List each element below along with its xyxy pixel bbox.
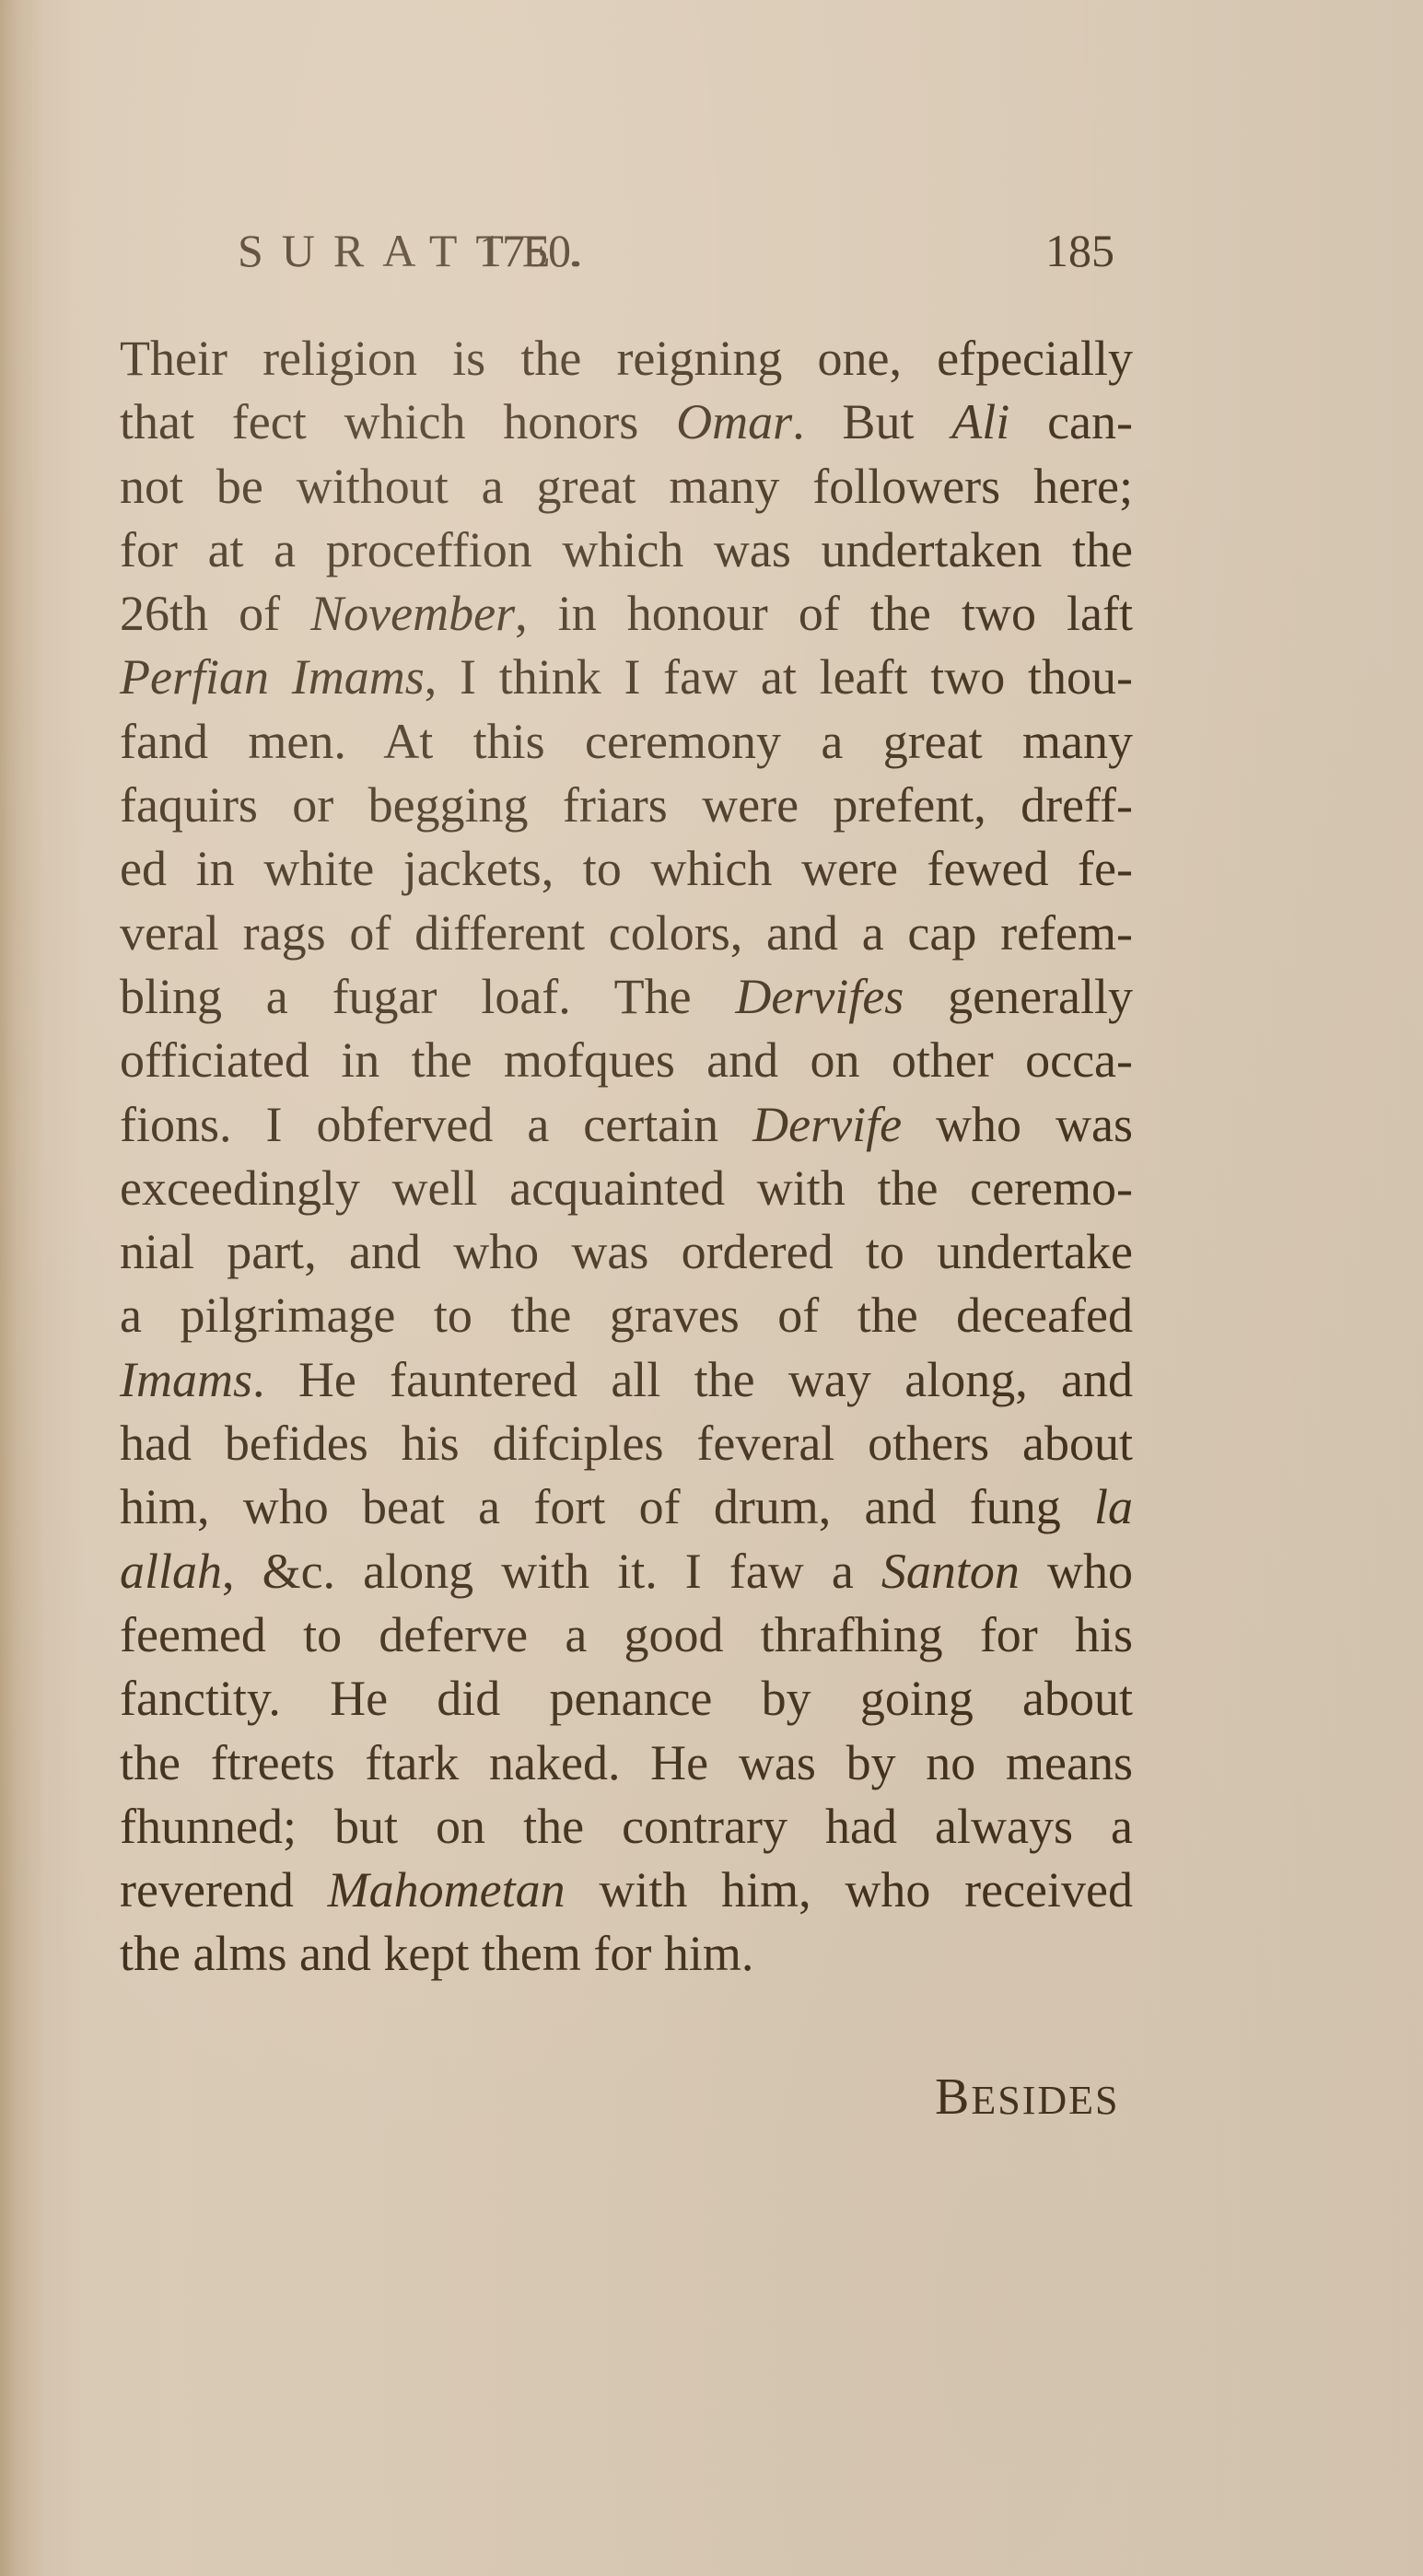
running-head: SURATTE. 1750. 185 xyxy=(0,214,1423,287)
text-line: that fect which honors Omar. But Ali can… xyxy=(120,390,1133,454)
text-line: ed in white jackets, to which were fewed… xyxy=(120,837,1133,901)
text-segment: fions. I obferved a certain xyxy=(120,1097,752,1152)
text-segment: 26th of xyxy=(120,586,310,641)
text-segment: feemed to deferve a good thrafhing for h… xyxy=(120,1607,1133,1662)
text-line: fhunned; but on the contrary had always … xyxy=(120,1795,1133,1859)
text-line: reverend Mahometan with him, who receive… xyxy=(120,1859,1133,1922)
book-page: SURATTE. 1750. 185 Their religion is the… xyxy=(0,0,1423,2576)
text-line: him, who beat a fort of drum, and fung l… xyxy=(120,1475,1133,1539)
text-segment: had befides his difciples feveral others… xyxy=(120,1416,1133,1471)
text-segment: can- xyxy=(1009,394,1133,449)
text-line: not be without a great many followers he… xyxy=(120,455,1133,519)
italic-term: Santon xyxy=(881,1544,1020,1599)
italic-term: allah xyxy=(120,1544,222,1599)
italic-term: Perfian Imams xyxy=(120,649,425,705)
text-line: Imams. He fauntered all the way along, a… xyxy=(120,1348,1133,1412)
text-segment: . But xyxy=(792,394,951,449)
text-segment: Their religion is the reigning one, efpe… xyxy=(120,331,1133,386)
text-line: fanctity. He did penance by going about xyxy=(120,1667,1133,1731)
text-line: 26th of November, in honour of the two l… xyxy=(120,582,1133,646)
italic-term: Mahometan xyxy=(328,1862,566,1917)
text-line: the ftreets ftark naked. He was by no me… xyxy=(120,1731,1133,1795)
text-line: faquirs or begging friars were prefent, … xyxy=(120,774,1133,837)
text-segment: generally xyxy=(904,969,1133,1024)
catchword-rest: ESIDES xyxy=(971,2078,1119,2123)
text-line: the alms and kept them for him. xyxy=(120,1922,1133,1986)
page-number: 185 xyxy=(1045,214,1114,287)
text-segment: officiated in the mofques and on other o… xyxy=(120,1032,1133,1088)
text-segment: who xyxy=(1020,1544,1133,1599)
italic-term: Ali xyxy=(951,394,1009,449)
text-segment: reverend xyxy=(120,1862,328,1917)
text-line: officiated in the mofques and on other o… xyxy=(120,1029,1133,1092)
text-segment: for at a proceffion which was undertaken… xyxy=(120,522,1133,577)
catchword-initial: B xyxy=(935,2069,971,2126)
text-line: Perfian Imams, I think I faw at leaft tw… xyxy=(120,646,1133,709)
text-line: bling a fugar loaf. The Dervifes general… xyxy=(120,965,1133,1029)
text-line: allah, &c. along with it. I faw a Santon… xyxy=(120,1540,1133,1603)
text-segment: fand men. At this ceremony a great many xyxy=(120,714,1133,769)
catchword: BESIDES xyxy=(935,2068,1119,2127)
text-line: exceedingly well acquainted with the cer… xyxy=(120,1157,1133,1220)
text-segment: him, who beat a fort of drum, and fung xyxy=(120,1479,1094,1534)
text-segment: who was xyxy=(902,1097,1133,1152)
italic-term: la xyxy=(1094,1479,1133,1534)
body-text: Their religion is the reigning one, efpe… xyxy=(120,327,1133,1987)
text-segment: ed in white jackets, to which were fewed… xyxy=(120,841,1133,896)
text-segment: , &c. along with it. I faw a xyxy=(222,1544,881,1599)
text-segment: veral rags of different colors, and a ca… xyxy=(120,905,1133,961)
text-line: feemed to deferve a good thrafhing for h… xyxy=(120,1603,1133,1667)
italic-term: November xyxy=(310,586,515,641)
text-line: Their religion is the reigning one, efpe… xyxy=(120,327,1133,390)
italic-term: Imams xyxy=(120,1352,252,1407)
text-segment: . He fauntered all the way along, and xyxy=(252,1352,1133,1407)
italic-term: Dervife xyxy=(752,1097,902,1152)
text-line: for at a proceffion which was undertaken… xyxy=(120,519,1133,582)
italic-term: Omar xyxy=(676,394,792,449)
text-line: veral rags of different colors, and a ca… xyxy=(120,902,1133,965)
text-segment: exceedingly well acquainted with the cer… xyxy=(120,1160,1133,1216)
text-segment: the ftreets ftark naked. He was by no me… xyxy=(120,1735,1133,1790)
running-head-year: 1750. xyxy=(479,214,583,287)
text-segment: bling a fugar loaf. The xyxy=(120,969,735,1024)
text-segment: faquirs or begging friars were prefent, … xyxy=(120,777,1133,833)
text-segment: with him, who received xyxy=(566,1862,1133,1917)
text-segment: a pilgrimage to the graves of the deceaf… xyxy=(120,1288,1133,1343)
text-line: fions. I obferved a certain Dervife who … xyxy=(120,1093,1133,1157)
text-segment: not be without a great many followers he… xyxy=(120,459,1133,514)
text-segment: , in honour of the two laft xyxy=(515,586,1133,641)
text-segment: fhunned; but on the contrary had always … xyxy=(120,1799,1133,1854)
text-segment: the alms and kept them for him. xyxy=(120,1926,753,1981)
text-segment: nial part, and who was ordered to undert… xyxy=(120,1224,1133,1279)
text-segment: fanctity. He did penance by going about xyxy=(120,1671,1133,1726)
text-line: nial part, and who was ordered to undert… xyxy=(120,1220,1133,1284)
text-line: fand men. At this ceremony a great many xyxy=(120,710,1133,774)
text-line: had befides his difciples feveral others… xyxy=(120,1412,1133,1475)
italic-term: Dervifes xyxy=(735,969,904,1024)
text-segment: , I think I faw at leaft two thou- xyxy=(425,649,1133,705)
text-line: a pilgrimage to the graves of the deceaf… xyxy=(120,1284,1133,1347)
text-segment: that fect which honors xyxy=(120,394,676,449)
